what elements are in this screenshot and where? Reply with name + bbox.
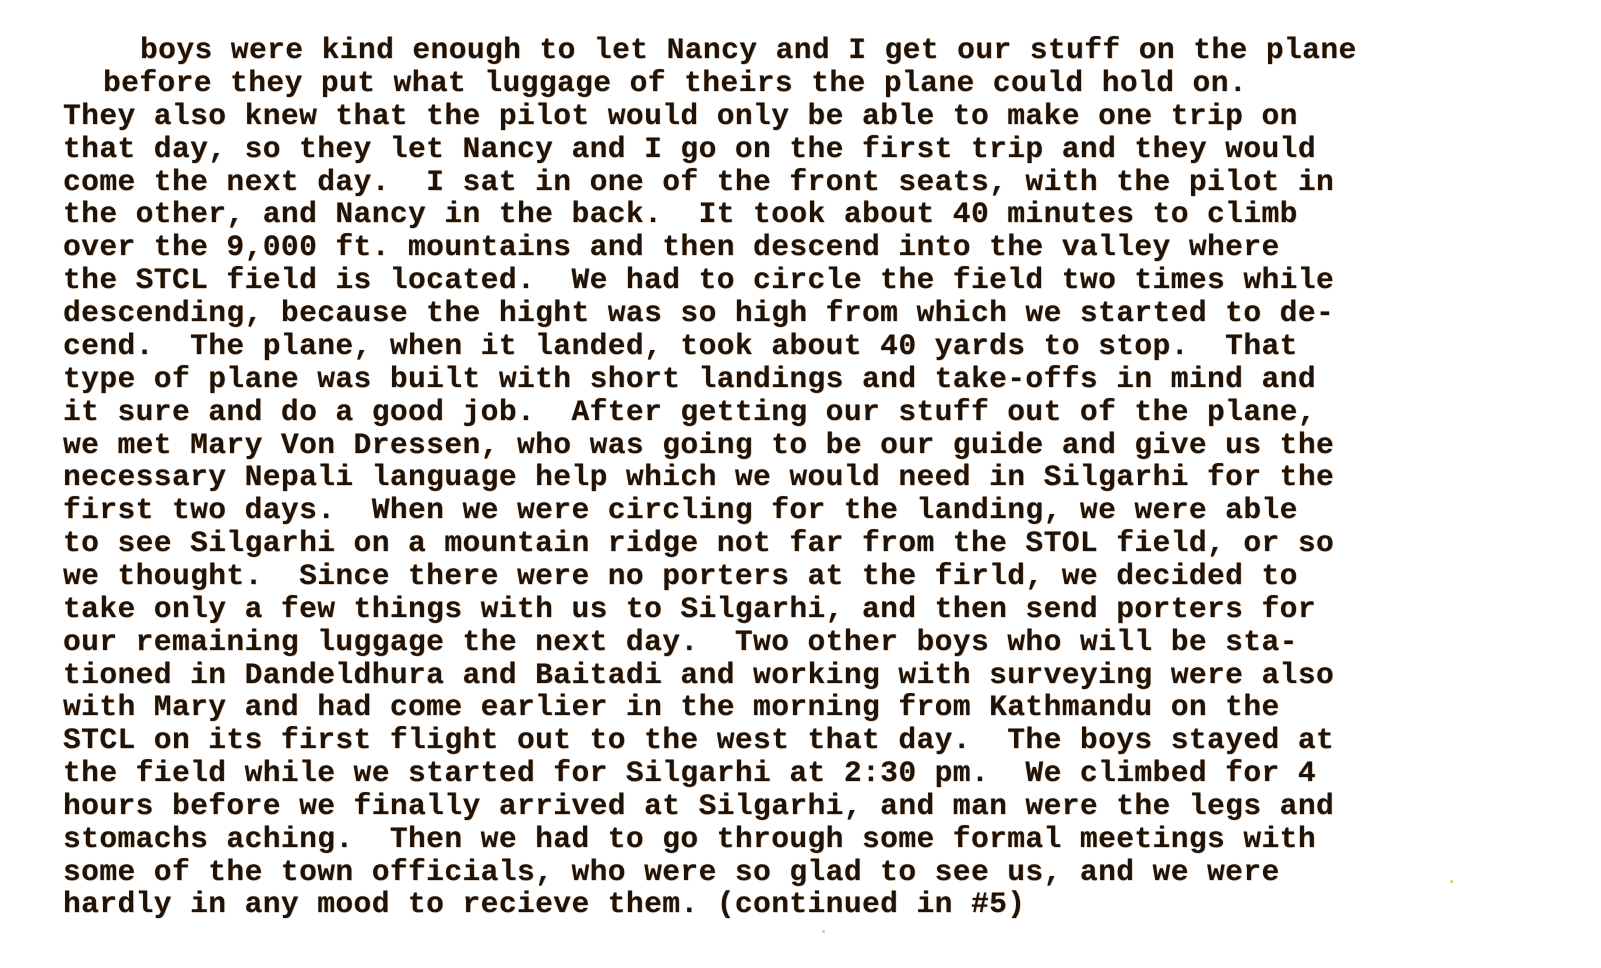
text-line-20: tioned in Dandeldhura and Baitadi and wo… bbox=[63, 659, 1334, 692]
text-line-22: STCL on its first flight out to the west… bbox=[63, 724, 1334, 757]
text-line-2: before they put what luggage of theirs t… bbox=[103, 67, 1247, 100]
text-line-4: that day, so they let Nancy and I go on … bbox=[63, 133, 1316, 166]
text-line-15: first two days. When we were circling fo… bbox=[63, 494, 1298, 527]
text-line-26: some of the town officials, who were so … bbox=[63, 856, 1280, 889]
text-line-6: the other, and Nancy in the back. It too… bbox=[63, 198, 1298, 231]
text-line-10: cend. The plane, when it landed, took ab… bbox=[63, 330, 1298, 363]
ink-speck bbox=[822, 930, 825, 933]
text-line-18: take only a few things with us to Silgar… bbox=[63, 593, 1316, 626]
text-line-24: hours before we finally arrived at Silga… bbox=[63, 790, 1334, 823]
text-line-3: They also knew that the pilot would only… bbox=[63, 100, 1298, 133]
text-line-27: hardly in any mood to recieve them. (con… bbox=[63, 888, 1025, 921]
text-line-16: to see Silgarhi on a mountain ridge not … bbox=[63, 527, 1334, 560]
text-line-11: type of plane was built with short landi… bbox=[63, 363, 1316, 396]
text-line-21: with Mary and had come earlier in the mo… bbox=[63, 691, 1280, 724]
text-line-1: boys were kind enough to let Nancy and I… bbox=[140, 34, 1357, 67]
text-line-5: come the next day. I sat in one of the f… bbox=[63, 166, 1334, 199]
text-line-17: we thought. Since there were no porters … bbox=[63, 560, 1298, 593]
text-line-13: we met Mary Von Dressen, who was going t… bbox=[63, 429, 1334, 462]
text-line-9: descending, because the hight was so hig… bbox=[63, 297, 1334, 330]
text-line-23: the field while we started for Silgarhi … bbox=[63, 757, 1316, 790]
ink-speck bbox=[1450, 880, 1453, 883]
text-line-14: necessary Nepali language help which we … bbox=[63, 461, 1334, 494]
text-line-19: our remaining luggage the next day. Two … bbox=[63, 626, 1298, 659]
text-line-7: over the 9,000 ft. mountains and then de… bbox=[63, 231, 1280, 264]
text-line-25: stomachs aching. Then we had to go throu… bbox=[63, 823, 1316, 856]
text-line-8: the STCL field is located. We had to cir… bbox=[63, 264, 1334, 297]
text-line-12: it sure and do a good job. After getting… bbox=[63, 396, 1316, 429]
typed-document-page: boys were kind enough to let Nancy and I… bbox=[0, 0, 1601, 968]
